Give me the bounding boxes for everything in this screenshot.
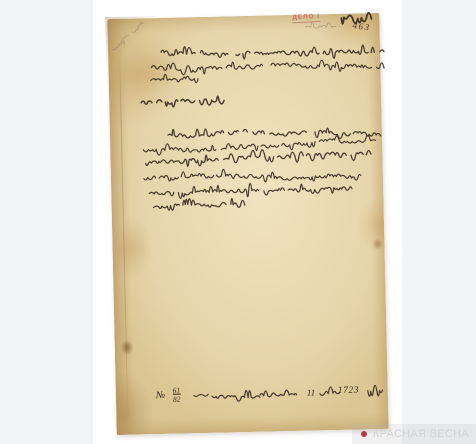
red-dot-icon (361, 431, 367, 437)
handwritten-line (365, 374, 384, 402)
date-day: 11 (307, 389, 316, 398)
handwritten-line (303, 10, 334, 39)
watermark-badge: КРАСНАЯ ВЕСНА (352, 424, 476, 444)
handwritten-line (258, 378, 307, 407)
photo-backdrop: ДЕЛО I 463 № 61 82 11 1723 (93, 0, 402, 444)
handwritten-line (339, 1, 374, 30)
date-year: 1723 (338, 387, 360, 397)
fraction-denominator: 82 (173, 394, 181, 403)
archive-fraction-number: 61 82 (173, 387, 181, 403)
numero-sign: № (156, 391, 166, 401)
handwritten-line (317, 377, 340, 405)
fold-line (119, 47, 129, 423)
watermark-label: КРАСНАЯ ВЕСНА (373, 428, 469, 440)
fraction-numerator: 61 (173, 386, 181, 395)
handwritten-line (210, 379, 259, 408)
handwritten-line (139, 85, 224, 115)
page-background: ДЕЛО I 463 № 61 82 11 1723 КРАСНАЯ ВЕСНА (0, 0, 476, 444)
handwritten-line (151, 189, 244, 219)
handwritten-line (192, 379, 211, 407)
manuscript-page: ДЕЛО I 463 № 61 82 11 1723 (107, 13, 388, 435)
